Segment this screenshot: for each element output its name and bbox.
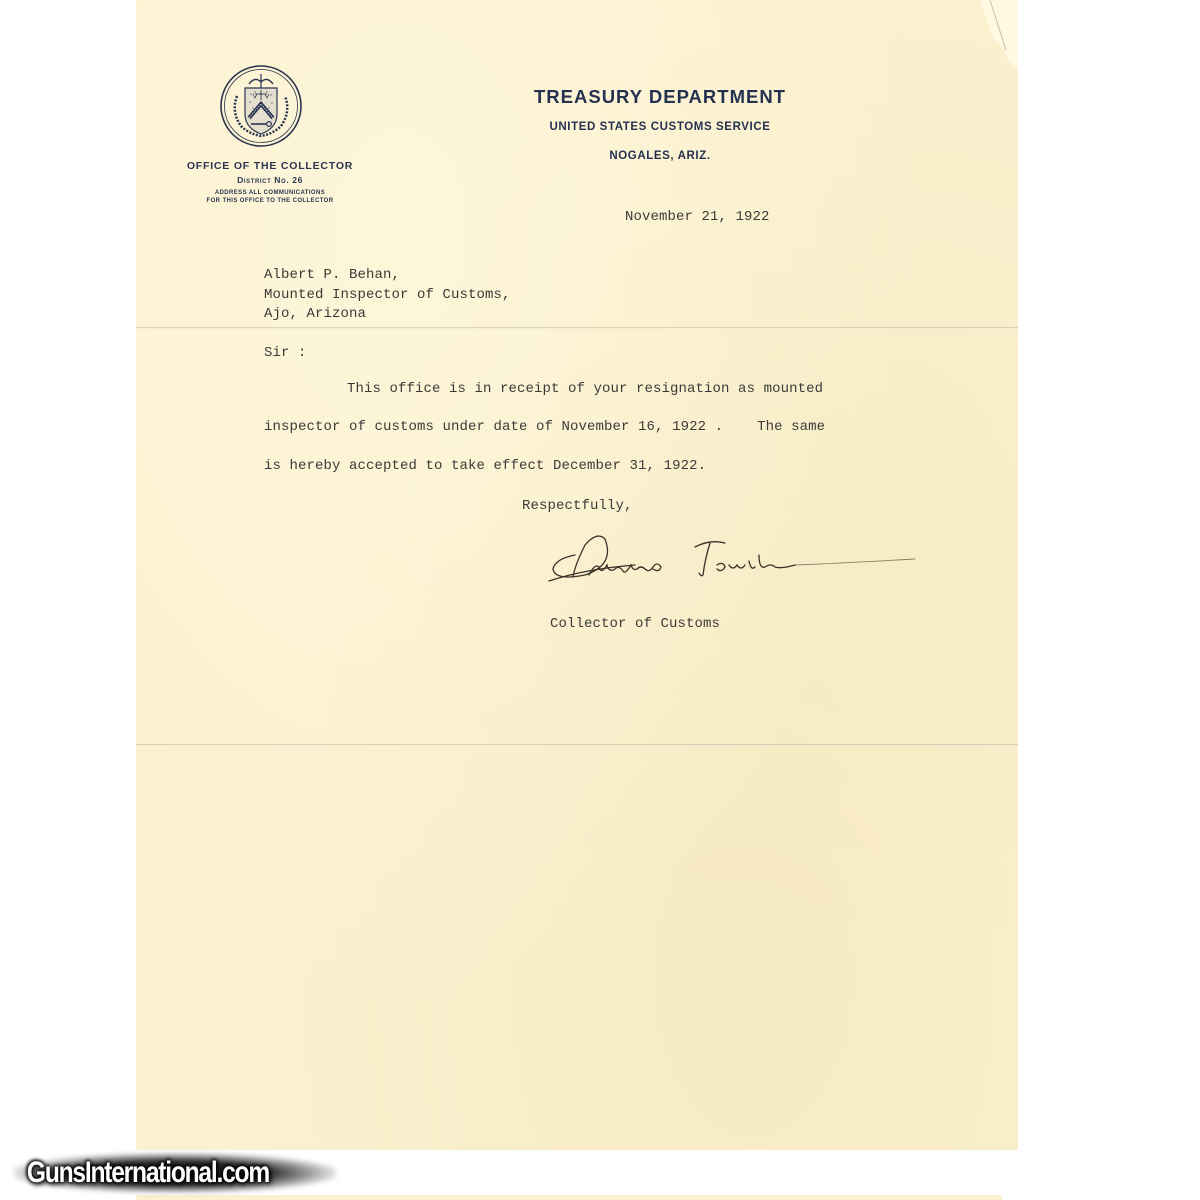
letter-date: November 21, 1922: [625, 209, 770, 225]
recipient-title: Mounted Inspector of Customs,: [264, 287, 511, 303]
office-city: NOGALES, ARIZ.: [490, 150, 830, 162]
recipient-location: Ajo, Arizona: [264, 306, 366, 322]
department-title: TREASURY DEPARTMENT: [490, 86, 830, 108]
address-note-line-2: FOR THIS OFFICE TO THE COLLECTOR: [160, 197, 380, 205]
fold-crease-upper: [136, 327, 1018, 329]
body-line-3: is hereby accepted to take effect Decemb…: [264, 458, 706, 474]
collector-office-block: OFFICE OF THE COLLECTOR District No. 26 …: [160, 160, 380, 205]
site-watermark: GunsInternational.com: [22, 1152, 274, 1198]
office-title: OFFICE OF THE COLLECTOR: [160, 160, 380, 172]
treasury-seal-icon: [219, 62, 303, 150]
address-note-line-1: ADDRESS ALL COMMUNICATIONS: [160, 189, 380, 197]
department-header: TREASURY DEPARTMENT UNITED STATES CUSTOM…: [490, 86, 830, 162]
handwritten-signature-icon: [545, 525, 925, 595]
salutation: Sir :: [264, 345, 307, 361]
signer-title: Collector of Customs: [550, 616, 720, 632]
district-number: District No. 26: [160, 175, 380, 185]
fold-crease-lower: [136, 744, 1018, 746]
recipient-name: Albert P. Behan,: [264, 267, 400, 283]
address-note: ADDRESS ALL COMMUNICATIONS FOR THIS OFFI…: [160, 189, 380, 205]
closing: Respectfully,: [522, 498, 633, 514]
body-line-2: inspector of customs under date of Novem…: [264, 419, 825, 435]
service-name: UNITED STATES CUSTOMS SERVICE: [490, 121, 830, 133]
body-line-1: This office is in receipt of your resign…: [347, 381, 823, 397]
torn-corner-icon: [980, 0, 1020, 72]
